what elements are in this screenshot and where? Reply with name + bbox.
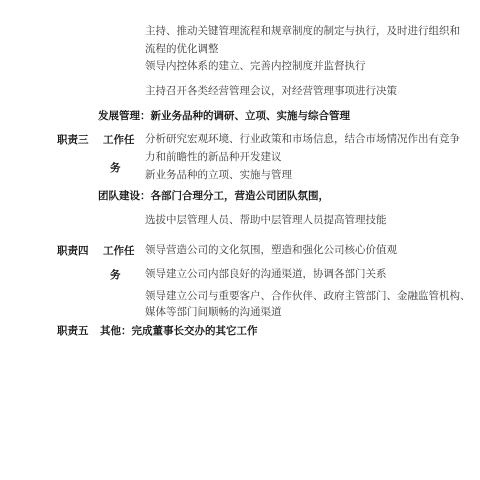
resp5-other-heading: 其他：完成董事长交办的其它工作	[100, 325, 258, 338]
resp3-row-label: 职责三	[57, 134, 89, 147]
resp4-task2-line1: 领导建立公司内部良好的沟通渠道，协调各部门关系	[145, 268, 387, 281]
resp2-task3-line1: 主持召开各类经营管理会议，对经营管理事项进行决策	[145, 85, 397, 98]
resp2-task1-line1: 主持、推动关键管理流程和规章制度的制定与执行，及时进行组织和	[145, 25, 460, 38]
resp3-task-cell-label-line1: 工作任	[103, 134, 135, 147]
development-mgmt-heading: 发展管理：新业务品种的调研、立项、实施与综合管理	[98, 110, 350, 123]
resp3-task1-line2: 力和前瞻性的新品种开发建议	[145, 151, 282, 164]
team-building-heading: 团队建设：各部门合理分工，营造公司团队氛围，	[98, 190, 329, 203]
resp4-task-cell-label-line1: 工作任	[103, 245, 135, 258]
resp3-task-cell-label-line2: 务	[110, 162, 121, 175]
team-building-line2: 选拔中层管理人员、帮助中层管理人员提高管理技能	[145, 214, 387, 227]
resp2-task1-line2: 流程的优化调整	[145, 43, 219, 56]
resp5-row-label: 职责五	[57, 325, 89, 338]
resp4-task-cell-label-line2: 务	[110, 269, 121, 282]
resp4-row-label: 职责四	[57, 245, 89, 258]
resp3-task1-line1: 分析研究宏观环境、行业政策和市场信息，结合市场情况作出有竞争	[145, 133, 460, 146]
resp4-task3-line2: 媒体等部门间顺畅的沟通渠道	[145, 306, 282, 319]
document-page: 主持、推动关键管理流程和规章制度的制定与执行，及时进行组织和 流程的优化调整 领…	[0, 0, 480, 480]
resp4-task1-line1: 领导营造公司的文化氛围，塑造和强化公司核心价值观	[145, 244, 397, 257]
resp4-task3-line1: 领导建立公司与重要客户、合作伙伴、政府主管部门、金融监管机构、	[145, 290, 471, 303]
resp2-task2-line1: 领导内控体系的建立、完善内控制度并监督执行	[145, 60, 366, 73]
resp3-task2-line1: 新业务品种的立项、实施与管理	[145, 169, 292, 182]
